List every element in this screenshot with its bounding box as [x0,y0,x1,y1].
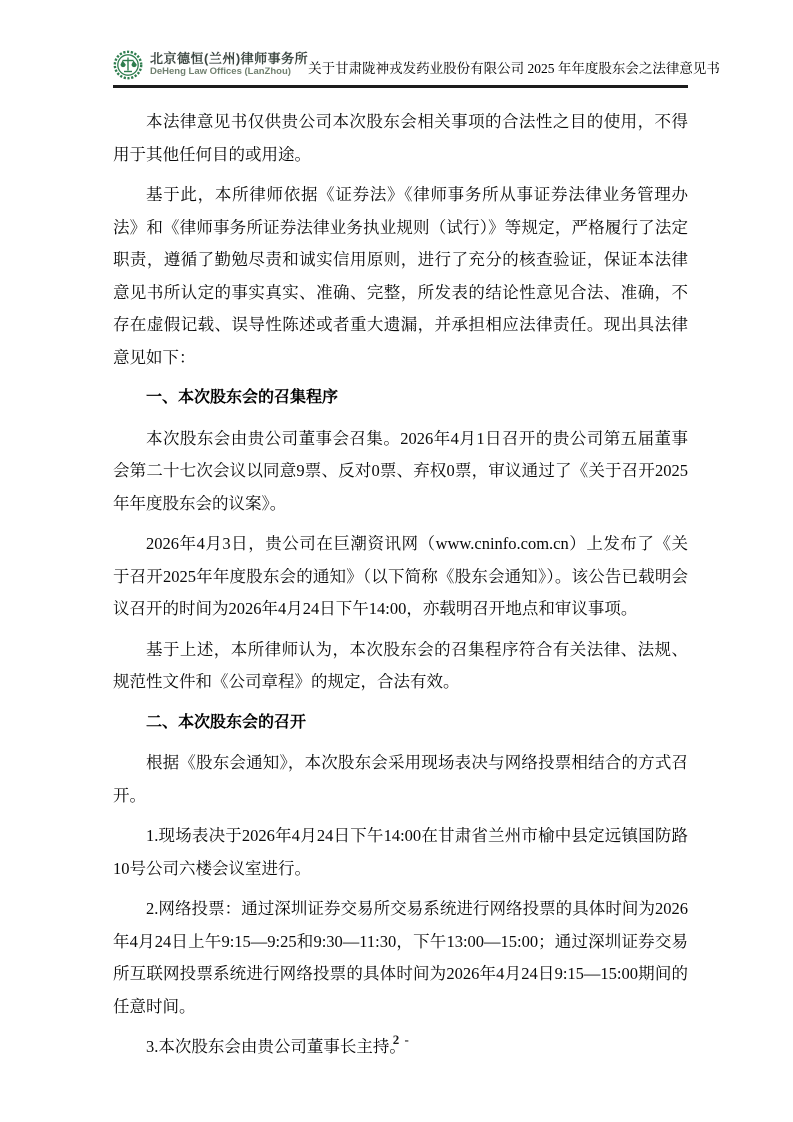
header-row: 北京德恒(兰州)律师事务所 DeHeng Law Offices (LanZho… [113,50,688,88]
firm-name-zh: 北京德恒(兰州)律师事务所 [150,52,308,67]
deheng-seal-icon [113,50,143,80]
body-paragraph: 基于此，本所律师依据《证券法》《律师事务所从事证券法律业务管理办法》和《律师事务… [113,179,688,374]
section-heading: 二、本次股东会的召开 [113,707,688,740]
firm-names: 北京德恒(兰州)律师事务所 DeHeng Law Offices (LanZho… [150,52,308,78]
body-paragraph: 2026年4月3日，贵公司在巨潮资讯网（www.cninfo.com.cn）上发… [113,528,688,626]
firm-brand: 北京德恒(兰州)律师事务所 DeHeng Law Offices (LanZho… [113,50,308,80]
document-body: 本法律意见书仅供贵公司本次股东会相关事项的合法性之目的使用，不得用于其他任何目的… [113,106,688,1072]
body-paragraph: 本法律意见书仅供贵公司本次股东会相关事项的合法性之目的使用，不得用于其他任何目的… [113,106,688,171]
body-paragraph: 根据《股东会通知》，本次股东会采用现场表决与网络投票相结合的方式召开。 [113,747,688,812]
body-paragraph: 1.现场表决于2026年4月24日下午14:00在甘肃省兰州市榆中县定远镇国防路… [113,820,688,885]
page-number: - 2 - [0,1032,793,1048]
body-paragraph: 本次股东会由贵公司董事会召集。2026年4月1日召开的贵公司第五届董事会第二十七… [113,423,688,521]
firm-name-en: DeHeng Law Offices (LanZhou) [150,67,308,78]
section-heading: 一、本次股东会的召集程序 [113,382,688,415]
document-header-title: 关于甘肃陇神戎发药业股份有限公司 2025 年年度股东会之法律意见书 [308,57,720,80]
page-header: 北京德恒(兰州)律师事务所 DeHeng Law Offices (LanZho… [113,50,688,88]
body-paragraph: 基于上述，本所律师认为，本次股东会的召集程序符合有关法律、法规、规范性文件和《公… [113,634,688,699]
body-paragraph: 2.网络投票：通过深圳证券交易所交易系统进行网络投票的具体时间为2026年4月2… [113,893,688,1023]
document-page: 北京德恒(兰州)律师事务所 DeHeng Law Offices (LanZho… [0,0,793,1122]
